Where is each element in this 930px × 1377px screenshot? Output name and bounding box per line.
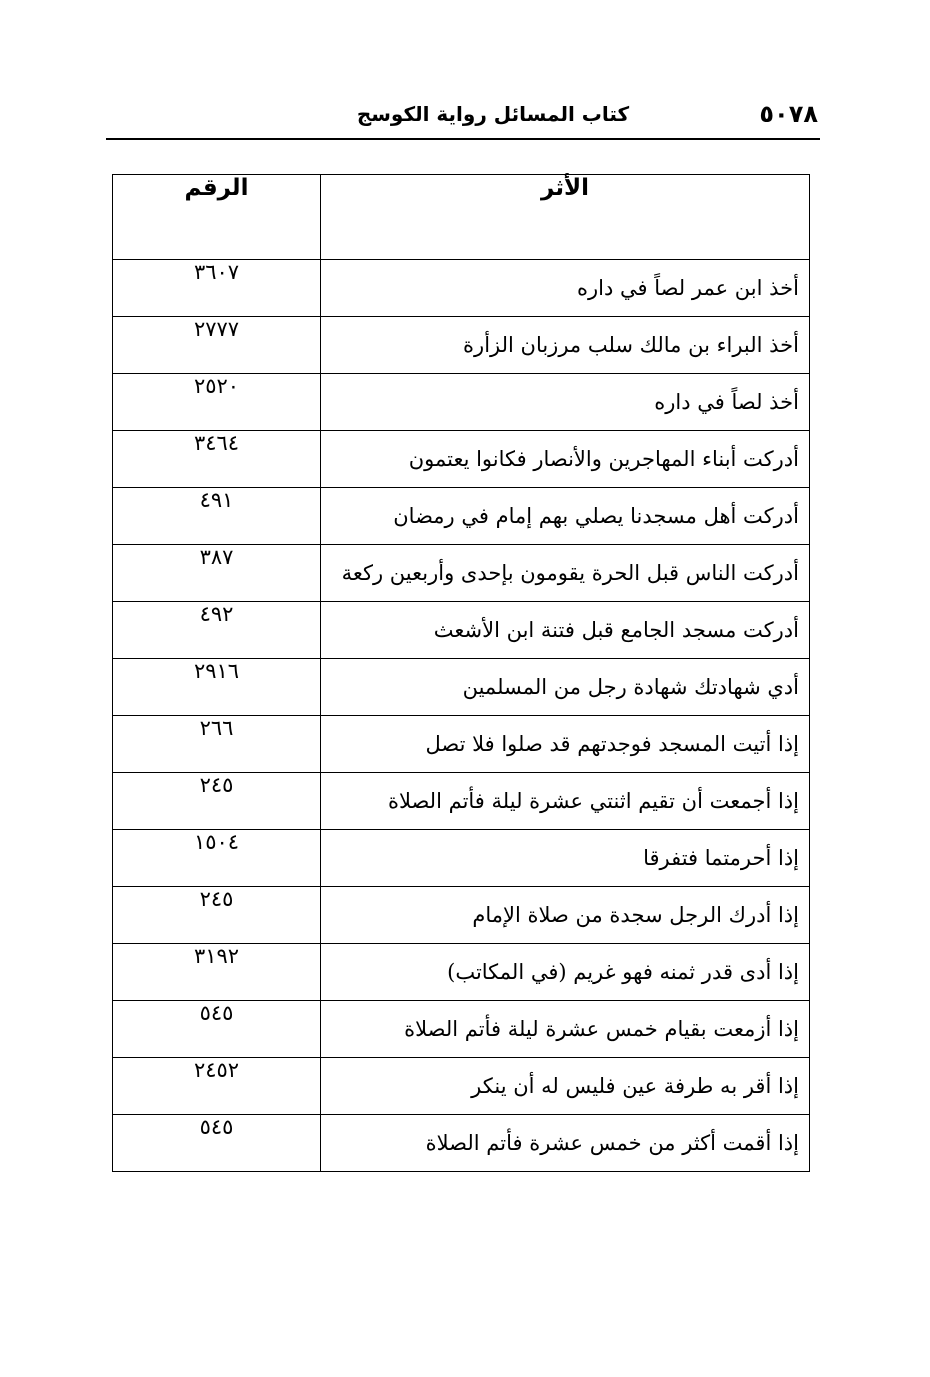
table-row: إذا أحرمتما فتفرقا١٥٠٤: [113, 830, 810, 887]
table-row: أدركت أبناء المهاجرين والأنصار فكانوا يع…: [113, 431, 810, 488]
table-row: إذا أزمعت بقيام خمس عشرة ليلة فأتم الصلا…: [113, 1001, 810, 1058]
row-text: أدركت مسجد الجامع قبل فتنة ابن الأشعث: [321, 602, 810, 659]
table-row: أدركت أهل مسجدنا يصلي بهم إمام في رمضان٤…: [113, 488, 810, 545]
row-text: أدركت أهل مسجدنا يصلي بهم إمام في رمضان: [321, 488, 810, 545]
row-number: ١٥٠٤: [113, 830, 321, 887]
table-header-row: الأثر الرقم: [113, 175, 810, 260]
row-number: ٢٤٥: [113, 773, 321, 830]
row-number: ٢٦٦: [113, 716, 321, 773]
row-number: ٢٤٥: [113, 887, 321, 944]
table-row: إذا أقر به طرفة عين فليس له أن ينكر٢٤٥٢: [113, 1058, 810, 1115]
row-number: ٢٩١٦: [113, 659, 321, 716]
row-text: إذا أقر به طرفة عين فليس له أن ينكر: [321, 1058, 810, 1115]
table-body: أخذ ابن عمر لصاً في داره٣٦٠٧ أخذ البراء …: [113, 260, 810, 1172]
row-text: إذا أتيت المسجد فوجدتهم قد صلوا فلا تصل: [321, 716, 810, 773]
row-text: أخذ البراء بن مالك سلب مرزبان الزأرة: [321, 317, 810, 374]
index-table: الأثر الرقم أخذ ابن عمر لصاً في داره٣٦٠٧…: [112, 174, 810, 1172]
row-number: ٣٨٧: [113, 545, 321, 602]
row-number: ٢٥٢٠: [113, 374, 321, 431]
table-row: إذا أدى قدر ثمنه فهو غريم (في المكاتب)٣١…: [113, 944, 810, 1001]
header-rule: [106, 138, 820, 140]
row-text: إذا أجمعت أن تقيم اثنتي عشرة ليلة فأتم ا…: [321, 773, 810, 830]
row-text: إذا أدرك الرجل سجدة من صلاة الإمام: [321, 887, 810, 944]
row-number: ٤٩١: [113, 488, 321, 545]
row-text: أدركت أبناء المهاجرين والأنصار فكانوا يع…: [321, 431, 810, 488]
row-text: إذا أقمت أكثر من خمس عشرة فأتم الصلاة: [321, 1115, 810, 1172]
row-number: ٢٧٧٧: [113, 317, 321, 374]
table-row: إذا أجمعت أن تقيم اثنتي عشرة ليلة فأتم ا…: [113, 773, 810, 830]
row-text: أخذ ابن عمر لصاً في داره: [321, 260, 810, 317]
page-header: ٥٠٧٨ كتاب المسائل رواية الكوسج: [106, 96, 820, 138]
table-row: أخذ البراء بن مالك سلب مرزبان الزأرة٢٧٧٧: [113, 317, 810, 374]
table-row: إذا أقمت أكثر من خمس عشرة فأتم الصلاة٥٤٥: [113, 1115, 810, 1172]
row-text: أدركت الناس قبل الحرة يقومون بإحدى وأربع…: [321, 545, 810, 602]
table-row: أخذ ابن عمر لصاً في داره٣٦٠٧: [113, 260, 810, 317]
row-number: ٣٤٦٤: [113, 431, 321, 488]
row-number: ٣٦٠٧: [113, 260, 321, 317]
table-row: إذا أتيت المسجد فوجدتهم قد صلوا فلا تصل٢…: [113, 716, 810, 773]
row-number: ٢٤٥٢: [113, 1058, 321, 1115]
book-title: كتاب المسائل رواية الكوسج: [106, 102, 820, 126]
row-text: إذا أزمعت بقيام خمس عشرة ليلة فأتم الصلا…: [321, 1001, 810, 1058]
row-number: ٣١٩٢: [113, 944, 321, 1001]
table-row: أدي شهادتك شهادة رجل من المسلمين٢٩١٦: [113, 659, 810, 716]
table-row: أخذ لصاً في داره٢٥٢٠: [113, 374, 810, 431]
table-row: إذا أدرك الرجل سجدة من صلاة الإمام٢٤٥: [113, 887, 810, 944]
row-text: إذا أدى قدر ثمنه فهو غريم (في المكاتب): [321, 944, 810, 1001]
row-text: أدي شهادتك شهادة رجل من المسلمين: [321, 659, 810, 716]
row-number: ٤٩٢: [113, 602, 321, 659]
row-text: أخذ لصاً في داره: [321, 374, 810, 431]
row-number: ٥٤٥: [113, 1001, 321, 1058]
row-number: ٥٤٥: [113, 1115, 321, 1172]
column-header-text: الأثر: [321, 175, 810, 260]
table-row: أدركت مسجد الجامع قبل فتنة ابن الأشعث٤٩٢: [113, 602, 810, 659]
row-text: إذا أحرمتما فتفرقا: [321, 830, 810, 887]
table-row: أدركت الناس قبل الحرة يقومون بإحدى وأربع…: [113, 545, 810, 602]
column-header-number: الرقم: [113, 175, 321, 260]
